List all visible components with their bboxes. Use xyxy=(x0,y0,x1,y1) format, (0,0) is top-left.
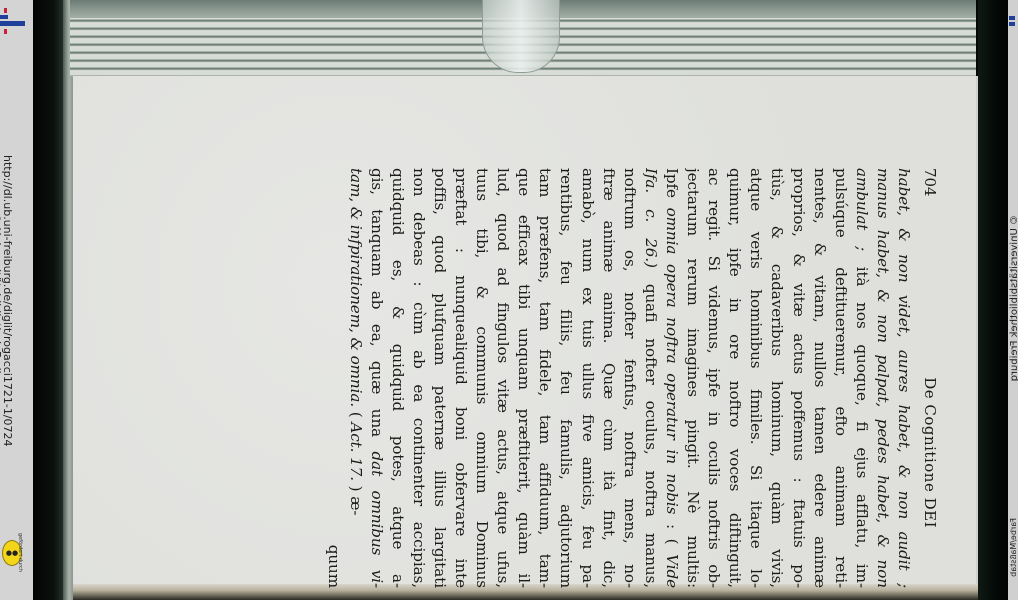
text-line: tuus tibi, & communis omnium Dominus xyxy=(471,168,492,588)
italic-span: Ifa. c. 26.) xyxy=(642,168,660,268)
viewer-marker-icon xyxy=(1009,16,1015,28)
italic-span: omnia opera noftra operatur in nobis xyxy=(663,208,681,515)
scan-viewer: http://dl.ub.uni-freiburg.de/diglit/roga… xyxy=(0,0,1018,600)
roman-span: tiùs, & cadaveribus hominum, quàm vivis, xyxy=(768,168,786,588)
text-line: Ifa. c. 26.) quafi nofter oculus, noftra… xyxy=(640,168,661,588)
roman-span: Ipfe xyxy=(663,168,681,208)
roman-span: tam præfens, tam fidele, tam affiduum, t… xyxy=(536,168,554,588)
text-lines: habet, & non videt, aures habet, & non a… xyxy=(344,168,914,588)
text-line: ac regit. Si videmus, ipfe in oculis nof… xyxy=(703,168,724,588)
text-line: tam præfens, tam fidele, tam affiduum, t… xyxy=(534,168,555,588)
text-line: habet, & non videt, aures habet, & non a… xyxy=(893,168,914,588)
roman-span: ità nos quoque, fi ejus afflatu, im- xyxy=(853,251,871,588)
roman-span: atque veris hominibus fimiles. Si itaque… xyxy=(747,168,765,588)
roman-span: : ( xyxy=(663,514,681,554)
text-line: ambulat ; ità nos quoque, fi ejus afflat… xyxy=(851,168,872,588)
mirrored-copyright: © Universitätsbibliothek Freiburg xyxy=(1009,215,1018,381)
text-line: Ipfe omnia opera noftra operatur in nobi… xyxy=(661,168,682,588)
italic-span: ambulat ; xyxy=(853,168,871,251)
page-text-block: 704 De Cognitione DEI habet, & non videt… xyxy=(323,168,940,588)
catchword: quum xyxy=(323,168,344,588)
roman-span: ftræ animæ anima. Quæ cùm ità fint, dic, xyxy=(600,168,618,588)
roman-span: gis, tanquam ab ea, quæ una xyxy=(368,168,386,452)
roman-span: ( xyxy=(347,407,365,422)
roman-span: quimur, ipfe in ore noftro voces difting… xyxy=(726,168,744,588)
text-line: tam, & infpirationem, & omnia. ( Act. 17… xyxy=(344,168,365,588)
page-gutter xyxy=(63,0,73,600)
text-line: proprios, & vitæ actus poffemus : ftatui… xyxy=(787,168,808,588)
copyright-notice: © Universitätsbibliothek Freiburg xyxy=(0,213,3,396)
text-line: que efficax tibi unquam præftiterit, quà… xyxy=(513,168,534,588)
mirrored-scale-label: Farbe/Maßstab xyxy=(1009,518,1018,577)
italic-span: manus habet, & non palpat, pedes habet, … xyxy=(874,168,892,588)
roman-span: tuus tibi, & communis omnium Dominus xyxy=(473,168,491,588)
text-line: manus habet, & non palpat, pedes habet, … xyxy=(872,168,893,588)
italic-span: tam, & infpirationem, & omnia. xyxy=(347,168,365,407)
roman-span: præftat : nunquealiquid boni obfervare i… xyxy=(452,168,470,588)
roman-span: ) æ- xyxy=(347,481,365,516)
italic-span: Act. 17. xyxy=(347,422,365,481)
roman-span: quidquid es, & quidquid potes, atque a- xyxy=(389,168,407,588)
roman-span: que efficax tibi unquam præftiterit, quà… xyxy=(515,168,533,588)
roman-span: proprios, & vitæ actus poffemus : ftatui… xyxy=(790,168,808,588)
book-cover-spine-side xyxy=(33,0,63,600)
running-title: De Cognitione DEI xyxy=(918,377,940,528)
text-line: atque veris hominibus fimiles. Si itaque… xyxy=(745,168,766,588)
sponsor-label: gefördert durch xyxy=(17,533,23,572)
left-sidebar: http://dl.ub.uni-freiburg.de/diglit/roga… xyxy=(0,0,33,600)
text-line: amabò, num ex tuis ullus five amicis, fe… xyxy=(577,168,598,588)
roman-span: poffis, quod plufquam paternæ illius lar… xyxy=(431,168,449,588)
italic-span: habet, & non videt, aures habet, & non a… xyxy=(895,168,913,588)
text-line: gis, tanquam ab ea, quæ una dat omnibus … xyxy=(366,168,387,588)
text-line: tiùs, & cadaveribus hominum, quàm vivis, xyxy=(766,168,787,588)
page-number: 704 xyxy=(918,168,940,196)
italic-span: dat omnibus vi- xyxy=(368,452,386,588)
roman-span: rentibus, feu filiis, feu famulis, adjut… xyxy=(558,168,576,588)
roman-span: noftrum os, nofter fenfus, noftra mens, … xyxy=(621,168,639,588)
roman-span: quafi nofter oculus, noftra manus, xyxy=(642,268,660,588)
text-line: non debeas : cùm ab ea continenter accip… xyxy=(408,168,429,588)
library-logo-icon xyxy=(0,6,26,36)
text-line: poffis, quod plufquam paternæ illius lar… xyxy=(429,168,450,588)
roman-span: non debeas : cùm ab ea continenter accip… xyxy=(410,168,428,588)
text-line: rentibus, feu filiis, feu famulis, adjut… xyxy=(555,168,576,588)
text-line: præftat : nunquealiquid boni obfervare i… xyxy=(450,168,471,588)
right-sidebar: © Universitätsbibliothek Freiburg Farbe/… xyxy=(1008,0,1018,600)
running-head: 704 De Cognitione DEI xyxy=(918,168,940,588)
text-line: quidquid es, & quidquid potes, atque a- xyxy=(387,168,408,588)
text-line: ftræ animæ anima. Quæ cùm ità fint, dic, xyxy=(598,168,619,588)
text-line: pulsúque deftitueremur, efto animam reti… xyxy=(830,168,851,588)
text-line: jectarum rerum imagines pingit. Nè multi… xyxy=(682,168,703,588)
text-line: quimur, ipfe in ore noftro voces difting… xyxy=(724,168,745,588)
roman-span: pulsúque deftitueremur, efto animam reti… xyxy=(832,168,850,588)
roman-span: lud, quod ad fingulos vitæ actus, atque … xyxy=(494,168,512,588)
roman-span: jectarum rerum imagines pingit. Nè multi… xyxy=(684,168,702,588)
text-line: lud, quod ad fingulos vitæ actus, atque … xyxy=(492,168,513,588)
text-line: noftrum os, nofter fenfus, noftra mens, … xyxy=(619,168,640,588)
roman-span: ac regit. Si videmus, ipfe in oculis nof… xyxy=(705,168,723,588)
roman-span: nentes, & vitam, nullos tamen edere anim… xyxy=(811,168,829,588)
bookmark-clip xyxy=(482,0,560,73)
italic-span: Vide xyxy=(663,554,681,588)
book-cover-outer-side xyxy=(978,0,1008,600)
roman-span: amabò, num ex tuis ullus five amicis, fe… xyxy=(579,168,597,588)
text-line: nentes, & vitam, nullos tamen edere anim… xyxy=(809,168,830,588)
